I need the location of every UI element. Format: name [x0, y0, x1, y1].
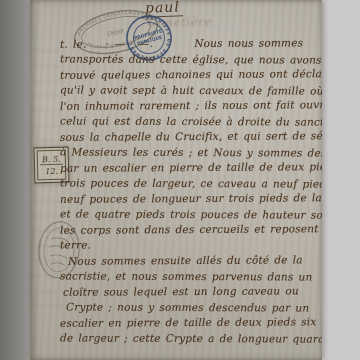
manuscript-line: trois pouces de largeur, ce caveau a neu…	[60, 176, 322, 193]
manuscript-line: terre.	[60, 238, 322, 255]
manuscript-line: Nous sommes ensuite allés du côté de la	[60, 253, 322, 270]
manuscript-line: escalier en pierre de taille de deux pie…	[60, 315, 322, 332]
manuscript-line: trouvé quelques chanoines qui nous ont d…	[60, 67, 322, 84]
manuscript-line: les corps sont dans des cercueils et rep…	[60, 222, 322, 239]
manuscript-text-block: t. le. · — · — Nous nous sommes transpor…	[60, 37, 322, 347]
manuscript-line: à Messieurs les curés ; et Nous y sommes…	[60, 145, 322, 162]
opening-text: Nous nous sommes	[194, 36, 303, 52]
manuscript-line: cloître sous lequel est un long caveau o…	[60, 284, 322, 301]
manuscript-line: sacristie, et nous sommes parvenus dans …	[60, 269, 322, 286]
manuscript-line: qu'il y avoit sept à huit caveaux de fam…	[60, 83, 322, 100]
manuscript-photo: paul Cimetière ARCHIVES DÉPARTEMENTALES …	[0, 0, 360, 360]
svg-text:ARCHIVES: ARCHIVES	[35, 239, 46, 267]
manuscript-line: sous la chapelle du Crucifix, et qui ser…	[60, 129, 322, 146]
manuscript-page: paul Cimetière ARCHIVES DÉPARTEMENTALES …	[30, 0, 322, 360]
header-bleedthrough-text: Cimetière	[148, 15, 212, 29]
manuscript-line: et de quatre pieds trois pouces de haute…	[60, 207, 322, 224]
manuscript-line: de largeur ; cette Crypte a de longueur …	[60, 331, 322, 348]
manuscript-line: celui qui est dans la croisée à droite d…	[60, 114, 322, 131]
manuscript-line: par un escalier en pierre de taille de d…	[60, 160, 322, 177]
manuscript-line: Crypte ; nous y sommes descendus par un	[60, 300, 322, 317]
manuscript-line: transportés dans cette église, que nous …	[60, 52, 322, 69]
opening-abbreviation: t. le.	[60, 38, 87, 54]
manuscript-opening-line: t. le. · — · — Nous nous sommes	[60, 36, 322, 53]
manuscript-line: l'on inhumoit rarement ; ils nous ont fa…	[60, 98, 322, 115]
manuscript-line: neuf pouces de longueur sur trois pieds …	[60, 191, 322, 208]
opening-dashes: · — · —	[106, 37, 150, 53]
shelf-mark-number: 12.	[45, 166, 58, 175]
